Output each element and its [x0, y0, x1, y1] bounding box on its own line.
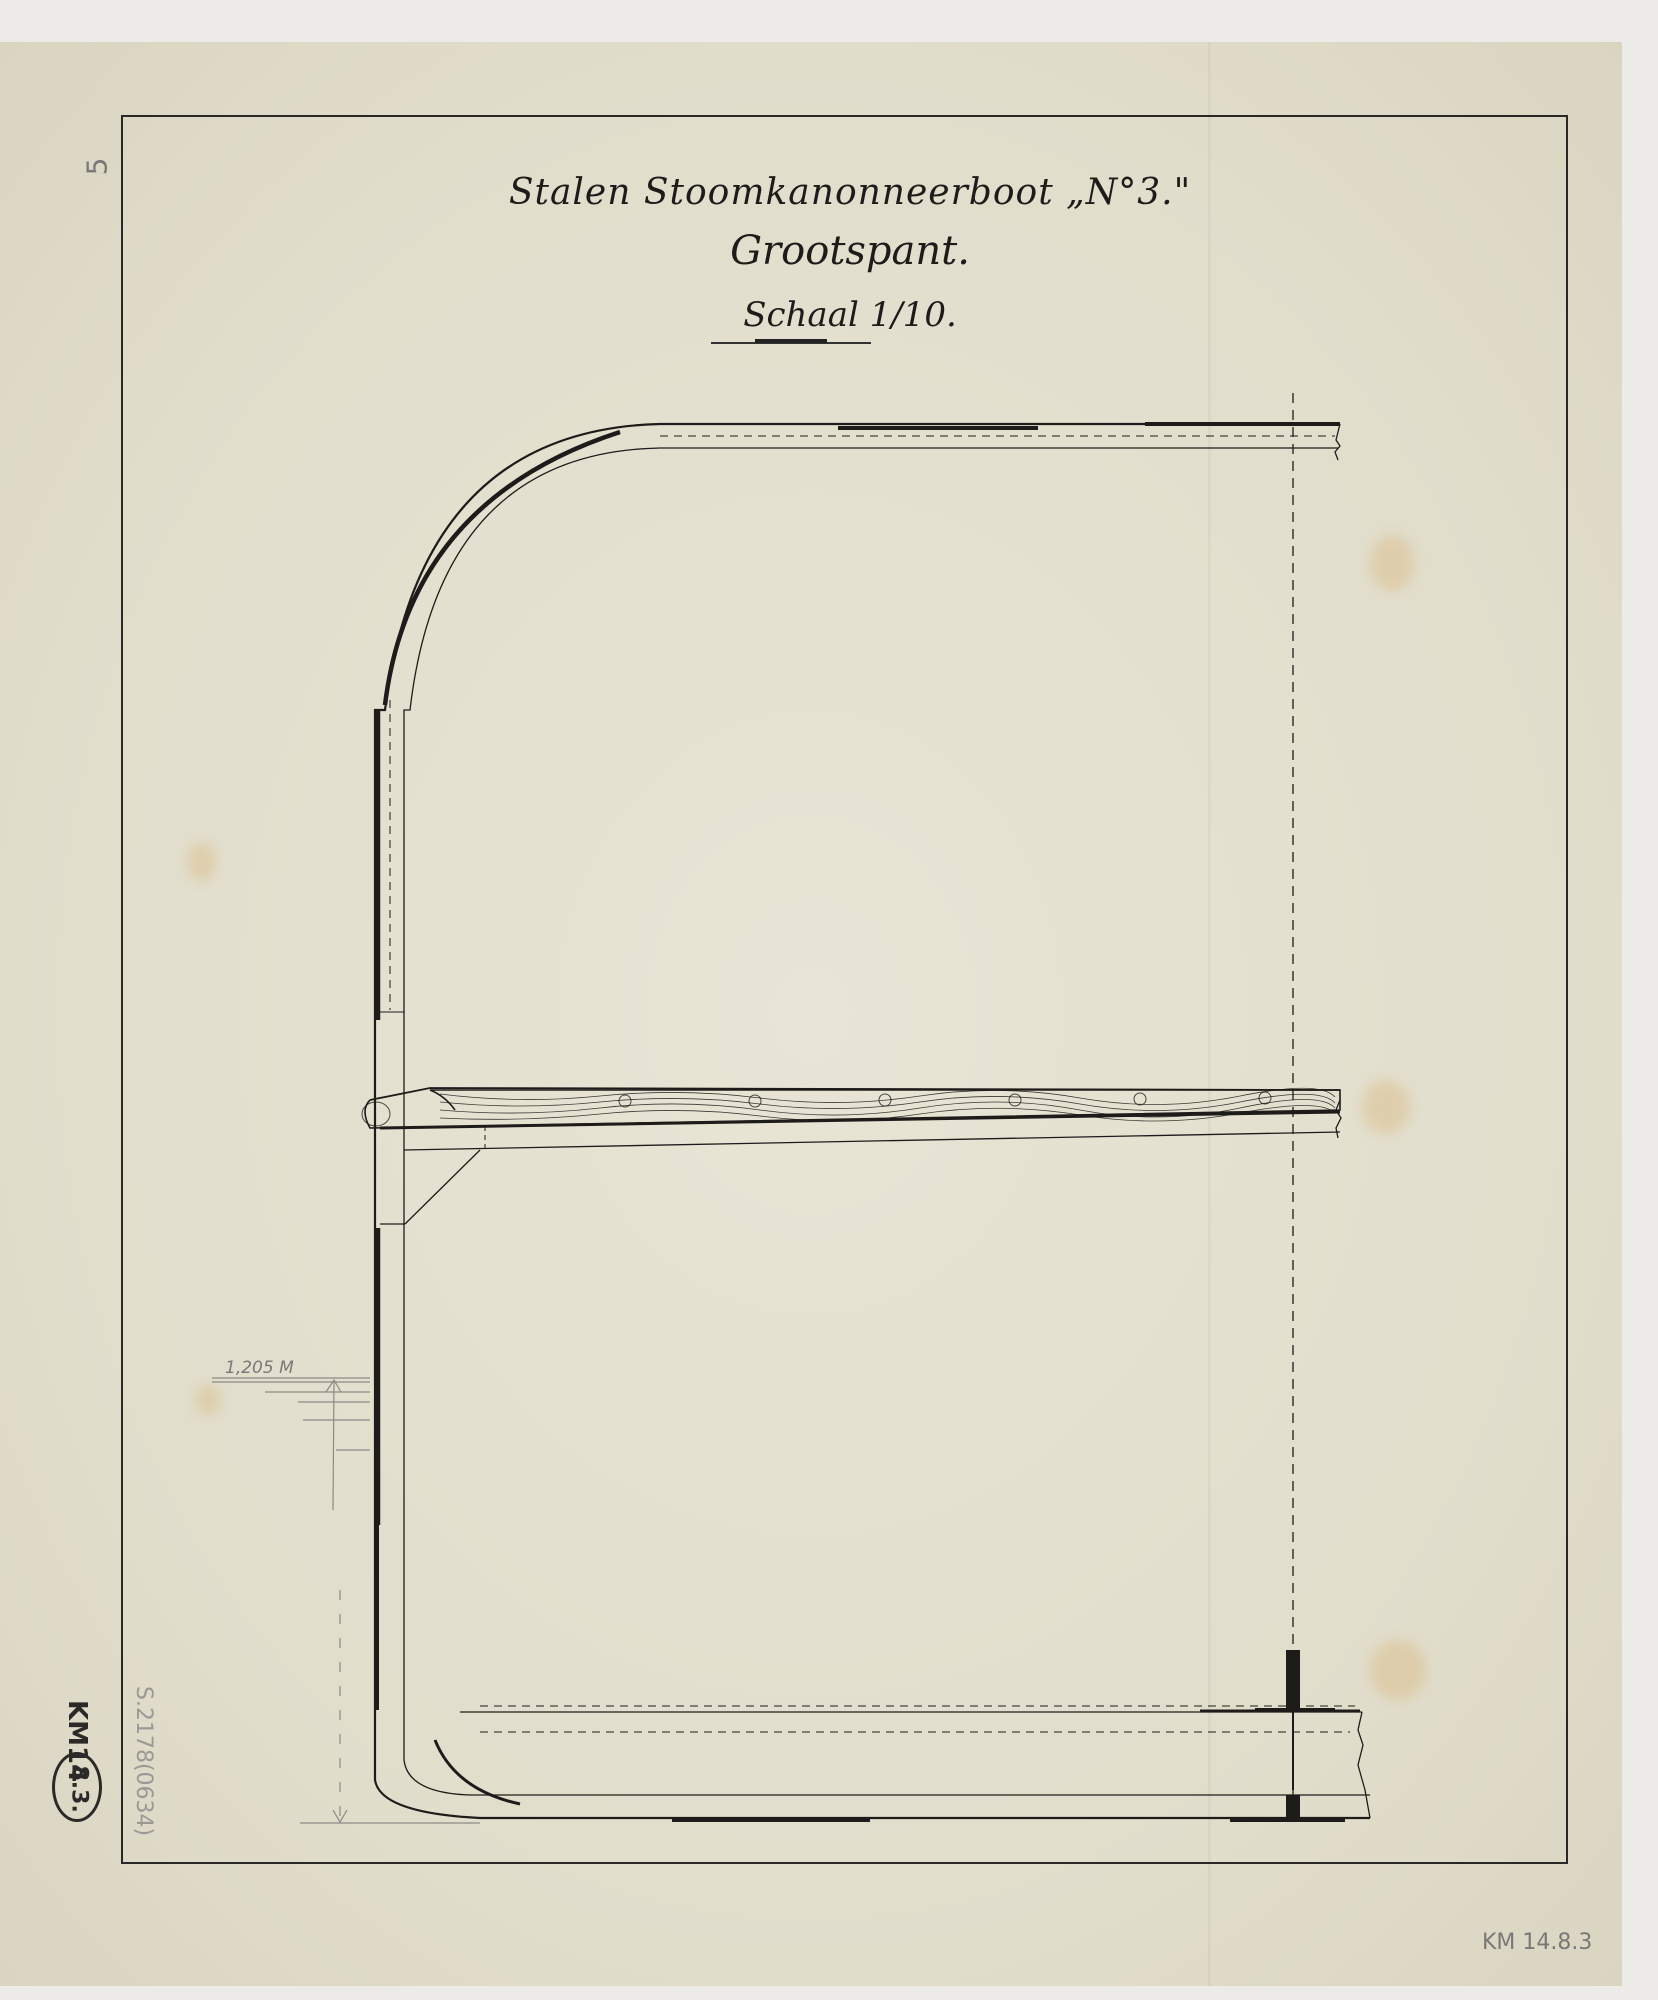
frame-drawing	[0, 0, 1658, 2000]
